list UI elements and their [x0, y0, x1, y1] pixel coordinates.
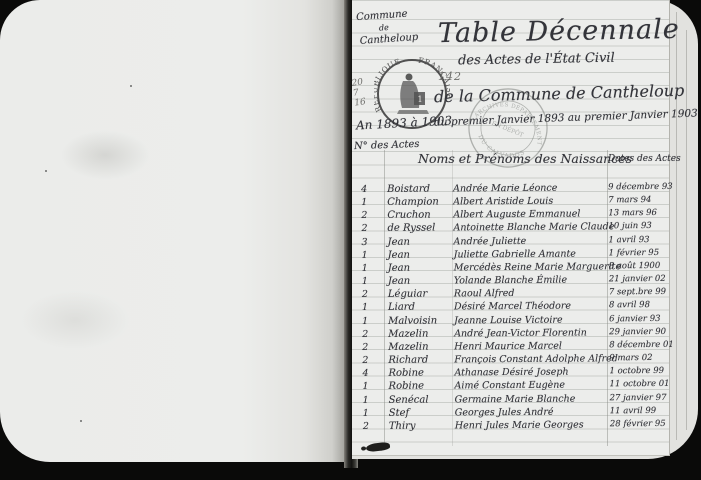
- act-date: 10 juin 93: [608, 221, 651, 231]
- surname: Liard: [388, 302, 415, 313]
- acts-number-label: N° des Actes: [354, 139, 420, 152]
- given-names: Yolande Blanche Émilie: [454, 275, 567, 287]
- act-date: 11 avril 99: [610, 406, 656, 416]
- surname: Jean: [388, 276, 410, 287]
- table-header-names: Noms et Prénoms des Naissances: [418, 151, 614, 166]
- surname: Léguiar: [388, 289, 427, 300]
- surname: Mazelin: [388, 328, 428, 339]
- acts-count: 1: [361, 197, 367, 208]
- surname: Mazelin: [388, 341, 428, 352]
- given-names: André Jean-Victor Florentin: [454, 327, 587, 339]
- acts-count: 3: [361, 237, 367, 248]
- surname: Robine: [389, 381, 425, 392]
- surname: Jean: [388, 249, 410, 260]
- acts-count: 1: [362, 302, 368, 313]
- seal-text-left: RÉPUBLIQUE: [374, 57, 402, 114]
- surname: Richard: [388, 355, 428, 366]
- paper-smudge: [20, 290, 130, 350]
- page-subtitle: des Actes de l'État Civil: [458, 51, 615, 69]
- corner-note-line: Commune: [356, 9, 408, 24]
- act-date: 13 mars 96: [608, 208, 657, 218]
- given-names: Albert Auguste Emmanuel: [453, 209, 580, 221]
- given-names: Juliette Gabrielle Amante: [454, 248, 576, 260]
- surname: Cruchon: [387, 210, 430, 221]
- given-names: Henri Jules Marie Georges: [455, 419, 584, 431]
- pencil-folio-number: 142: [438, 70, 462, 83]
- act-date: 7 mars 94: [608, 195, 651, 205]
- surname: de Ryssel: [387, 223, 435, 234]
- paper-speck: [80, 420, 82, 422]
- act-date: 8 avril 98: [609, 300, 650, 310]
- surname: Jean: [387, 236, 409, 247]
- acts-count: 2: [362, 355, 368, 366]
- act-date: 28 février 95: [610, 419, 666, 429]
- acts-count: 1: [363, 408, 369, 419]
- pencil-mark: 16: [354, 97, 367, 108]
- commune-corner-note: Commune de Cantheloup: [356, 8, 419, 48]
- given-names: Georges Jules André: [455, 406, 554, 418]
- table-row: 2 Thiry Henri Jules Marie Georges 28 fév…: [353, 419, 670, 434]
- seal-figure-head: [406, 74, 413, 81]
- act-date: 29 janvier 90: [609, 327, 666, 337]
- paper-smudge: [60, 130, 150, 180]
- acts-count: 2: [361, 210, 367, 221]
- given-names: Antoinette Blanche Marie Claude: [453, 222, 614, 234]
- given-names: Raoul Alfred: [454, 288, 515, 299]
- paper-speck: [130, 85, 132, 87]
- surname: Robine: [388, 368, 424, 379]
- act-date: 6 janvier 93: [609, 314, 660, 324]
- given-names: Mercédès Reine Marie Marguerite: [454, 261, 621, 273]
- given-names: Andrée Marie Léonce: [453, 183, 557, 195]
- act-date: 1 octobre 99: [609, 366, 664, 376]
- given-names: François Constant Adolphe Alfred: [454, 353, 618, 365]
- births-table: 4 Boistard Andrée Marie Léonce 9 décembr…: [351, 182, 670, 434]
- given-names: Andrée Juliette: [453, 236, 526, 248]
- page-title: Table Décennale: [438, 14, 680, 49]
- given-names: Désiré Marcel Théodore: [454, 301, 571, 313]
- surname: Senécal: [389, 394, 429, 405]
- acts-count: 4: [361, 184, 367, 195]
- paper-speck: [45, 170, 47, 172]
- table-header-dates: Dates des Actes: [608, 154, 668, 164]
- acts-count: 1: [362, 316, 368, 327]
- acts-count: 2: [362, 289, 368, 300]
- acts-count: 2: [362, 342, 368, 353]
- given-names: Jeanne Louise Victoire: [454, 314, 563, 326]
- page-edge-line: [686, 30, 687, 430]
- table-decennale-page: Commune de Cantheloup RÉPUBLIQUE FRANÇAI…: [352, 0, 670, 456]
- surname: Jean: [388, 263, 410, 274]
- page-edge-line: [676, 12, 677, 440]
- act-date: 9 décembre 93: [608, 182, 673, 192]
- acts-count: 2: [363, 421, 369, 432]
- register-scan: Commune de Cantheloup RÉPUBLIQUE FRANÇAI…: [0, 0, 701, 480]
- acts-count: 1: [363, 381, 369, 392]
- given-names: Henri Maurice Marcel: [454, 341, 562, 353]
- given-names: Germaine Marie Blanche: [455, 393, 576, 405]
- corner-note-line: Cantheloup: [359, 32, 418, 48]
- stamp-text-center: EN DÉPÔT: [491, 119, 525, 139]
- given-names: Albert Aristide Louis: [453, 196, 553, 208]
- acts-count: 4: [362, 368, 368, 379]
- act-date: 11 octobre 01: [610, 379, 670, 389]
- left-blank-page: [0, 0, 346, 462]
- act-date: 27 janvier 97: [610, 392, 667, 402]
- seal-shield-numeral: 1: [418, 95, 423, 104]
- act-date: 21 janvier 02: [609, 274, 666, 284]
- given-names: Aimé Constant Eugène: [455, 380, 566, 392]
- surname: Stef: [389, 407, 410, 418]
- act-date: 8 décembre 01: [609, 340, 674, 350]
- acts-count: 2: [361, 223, 367, 234]
- act-date: 1 avril 93: [608, 235, 649, 245]
- svg-text:RÉPUBLIQUE: RÉPUBLIQUE: [374, 57, 402, 114]
- act-date: 8 août 1900: [609, 261, 661, 271]
- acts-count: 1: [363, 394, 369, 405]
- surname: Champion: [387, 197, 439, 208]
- pencil-margin-numbers: 20 7 16: [351, 77, 367, 108]
- act-date: 1 février 95: [609, 248, 660, 258]
- ink-blot: [366, 442, 391, 452]
- surname: Thiry: [389, 420, 416, 431]
- act-date: 7 sept.bre 99: [609, 287, 666, 297]
- acts-count: 2: [362, 329, 368, 340]
- surname: Malvoisin: [388, 315, 437, 326]
- surname: Boistard: [387, 184, 430, 195]
- given-names: Athanase Désiré Joseph: [454, 367, 568, 379]
- seal-figure-base: [397, 110, 429, 114]
- acts-count: 1: [362, 276, 368, 287]
- act-date: 9 mars 02: [609, 353, 652, 363]
- acts-count: 1: [362, 263, 368, 274]
- acts-count: 1: [362, 250, 368, 261]
